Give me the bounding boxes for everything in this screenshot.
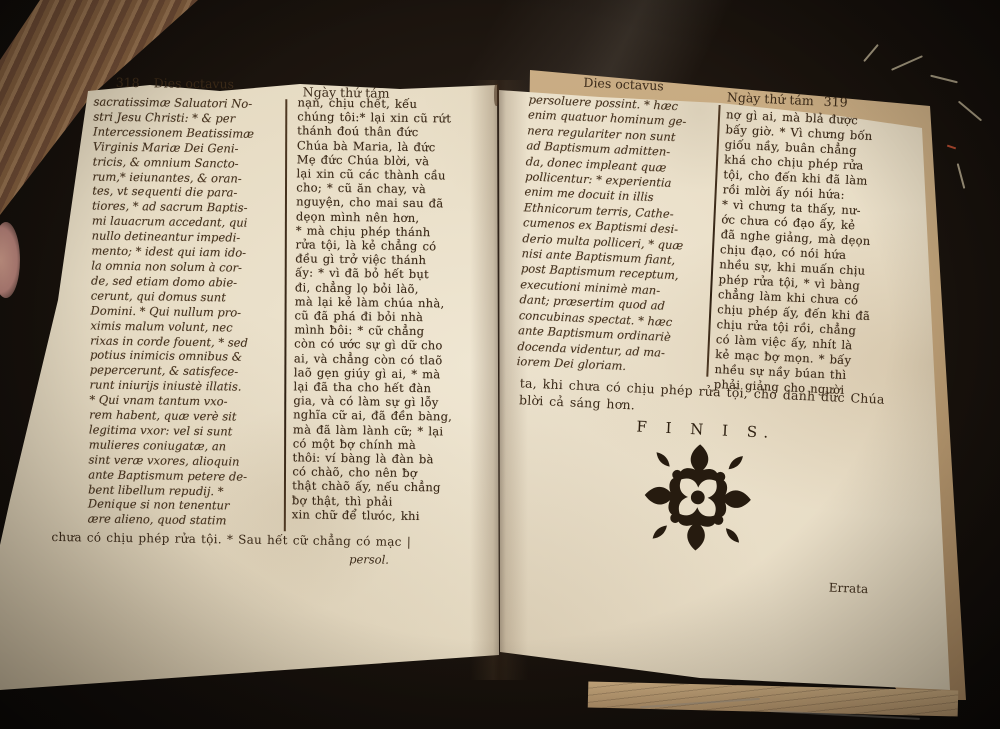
frayed-thread <box>957 163 966 189</box>
right-running-header: Ngày thứ tám 319 <box>727 89 848 109</box>
column-divider-left <box>284 99 287 531</box>
catchword-persol: persol. <box>349 552 389 567</box>
printer-ornament-icon <box>636 436 761 561</box>
viet-column-right: nợ gì ai, mà blả được bấy giờ. * Vì chưn… <box>714 107 925 401</box>
right-page-content: Dies octavus Ngày thứ tám 319 persoluere… <box>497 70 956 634</box>
left-running-header: 318 Dies octavus <box>116 75 234 92</box>
latin-column-right: persoluere possint. * hæc enim quatuor h… <box>516 92 722 378</box>
running-header-latin-left: Dies octavus <box>154 75 235 91</box>
photo-of-open-book: 318 Dies octavus Ngày thứ tám sacratissi… <box>0 0 1000 729</box>
frayed-thread <box>958 101 982 122</box>
left-page-content: 318 Dies octavus Ngày thứ tám sacratissi… <box>51 68 503 604</box>
page-number-319: 319 <box>823 94 848 110</box>
page-number-318: 318 <box>116 75 140 90</box>
running-header-latin-right: Dies octavus <box>583 75 664 94</box>
frayed-thread <box>863 44 879 62</box>
frayed-thread <box>930 75 958 84</box>
errata-catchword: Errata <box>829 580 869 596</box>
running-header-viet-right: Ngày thứ tám <box>727 89 814 108</box>
left-page-last-line: chưa có chịu phép rửa tội. * Sau hết cữ … <box>51 530 411 549</box>
viet-column-left: nạn, chịu chết, kếu chúng tôi:* lại xin … <box>292 95 496 524</box>
finger-holding-page <box>0 222 20 298</box>
latin-column-left: sacratissimæ Saluatori No- stri Jesu Chr… <box>88 95 288 530</box>
frayed-thread <box>891 55 923 71</box>
